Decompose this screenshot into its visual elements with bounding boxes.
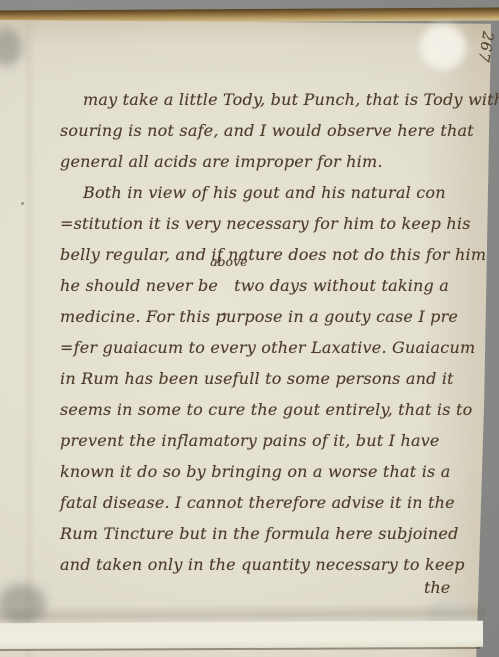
manuscript-line: souring is not safe, and I would observe… [60, 115, 490, 146]
folio-number: 267 [474, 30, 497, 64]
page-under-edge [0, 621, 483, 650]
line-text-before: he should never be [60, 276, 218, 295]
manuscript-line: and taken only in the quantity necessary… [60, 549, 490, 580]
line-text-after: two days without taking a [234, 276, 449, 295]
stain-top-right [420, 24, 466, 70]
manuscript-line: =stitution it is very necessary for him … [60, 208, 490, 239]
manuscript-line: belly regular, and if nature does not do… [60, 239, 490, 270]
manuscript-photo: 267 may take a little Tody, but Punch, t… [0, 0, 499, 657]
page-fold-shading [22, 20, 36, 657]
catchword: the [424, 578, 450, 597]
manuscript-line: known it do so by bringing on a worse th… [60, 456, 490, 487]
manuscript-line: Rum Tincture but in the formula here sub… [60, 518, 490, 549]
manuscript-line: prevent the inflamatory pains of it, but… [60, 425, 490, 456]
manuscript-line: in Rum has been usefull to some persons … [60, 363, 490, 394]
manuscript-line: he should never beabove^two days without… [60, 270, 490, 301]
manuscript-line: may take a little Tody, but Punch, that … [60, 84, 490, 115]
manuscript-line: medicine. For this purpose in a gouty ca… [60, 301, 490, 332]
manuscript-line: =fer guaiacum to every other Laxative. G… [60, 332, 490, 363]
manuscript-line: Both in view of his gout and his natural… [60, 177, 490, 208]
manuscript-line: general all acids are improper for him. [60, 146, 490, 177]
caret-mark: ^ [220, 302, 229, 333]
manuscript-line: seems in some to cure the gout entirely,… [60, 394, 490, 425]
manuscript-line: fatal disease. I cannot therefore advise… [60, 487, 490, 518]
manuscript-lines: may take a little Tody, but Punch, that … [60, 84, 490, 580]
inserted-word: above [210, 246, 247, 277]
ink-speck [21, 202, 24, 205]
